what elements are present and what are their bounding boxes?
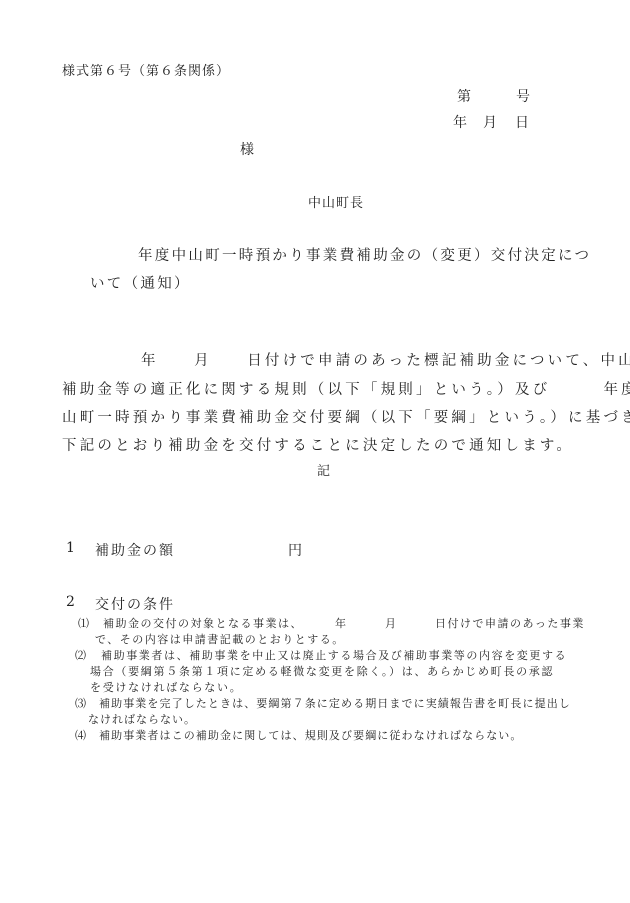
document-number-prefix: 第 [457, 86, 473, 106]
document-title-line2: いて（通知） [90, 272, 191, 293]
condition-2-line3: を受けなければならない。 [90, 679, 242, 695]
document-title-line1: 年度中山町一時預かり事業費補助金の（変更）交付決定につ [138, 244, 591, 265]
document-number-suffix: 号 [516, 86, 532, 106]
item2-number: 2 [66, 594, 77, 610]
date-month: 月 [483, 112, 499, 132]
condition-1-number: ⑴ [78, 615, 90, 631]
condition-3-line2: なければならない。 [88, 711, 196, 727]
body-line3: 山町一時預かり事業費補助金交付要綱（以下「要綱」という。）に基づき、 [62, 406, 630, 427]
date-year: 年 [453, 112, 469, 132]
item1-number: 1 [66, 540, 77, 556]
condition-4-line1: 補助事業者はこの補助金に関しては、規則及び要綱に従わなければならない。 [99, 727, 523, 743]
addressee-suffix: 様 [240, 139, 256, 159]
item1-label: 補助金の額 [95, 540, 175, 560]
item2-label: 交付の条件 [95, 594, 175, 614]
condition-2-line1: 補助事業者は、補助事業を中止又は廃止する場合及び補助事業等の内容を変更する [101, 647, 567, 663]
date-day: 日 [515, 112, 531, 132]
condition-4-number: ⑷ [75, 727, 87, 743]
condition-2-number: ⑵ [75, 647, 87, 663]
condition-3-line1: 補助事業を完了したときは、要綱第７条に定める期日までに実績報告書を町長に提出し [99, 695, 571, 711]
condition-1-line2: で、その内容は申請書記載のとおりとする。 [95, 631, 345, 647]
condition-3-number: ⑶ [75, 695, 87, 711]
body-line4: 下記のとおり補助金を交付することに決定したので通知します。 [62, 434, 574, 455]
sender: 中山町長 [308, 192, 364, 211]
ki-heading: 記 [317, 460, 331, 479]
item1-unit: 円 [288, 540, 304, 560]
body-line2: 補助金等の適正化に関する規則（以下「規則」という。）及び 年度中 [62, 378, 630, 399]
body-line1: 年 月 日付けで申請のあった標記補助金について、中山町 [141, 349, 630, 370]
form-label: 様式第６号（第６条関係） [62, 60, 230, 79]
condition-2-line2: 場合（要綱第５条第１項に定める軽微な変更を除く。）は、あらかじめ町長の承認 [90, 663, 554, 679]
condition-1-line1: 補助金の交付の対象となる事業は、 年 月 日付けで申請のあった事業 [103, 615, 585, 631]
